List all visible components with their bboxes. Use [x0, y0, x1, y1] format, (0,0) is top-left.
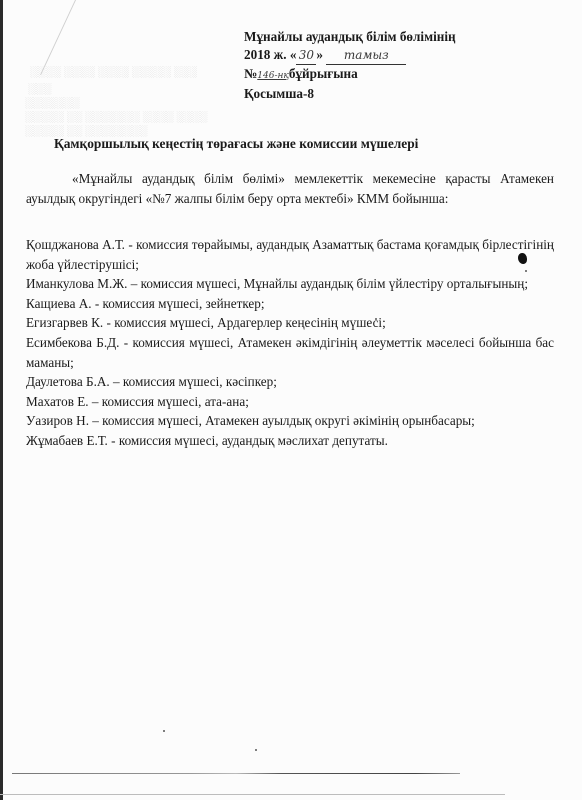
scan-speck — [375, 318, 377, 320]
member-entry: Егизгарвев К. - комиссия мүшесі, Ардагер… — [26, 313, 554, 333]
bleed-through-text: ░░░░ ░░░░ ░░░░ ░░░░░ ░░░ — [30, 66, 197, 78]
bleed-through-text: ░░░░░░░ — [25, 97, 80, 109]
scan-speck — [255, 749, 257, 751]
member-entry: Кащиева А. - комиссия мүшесі, зейнеткер; — [26, 294, 554, 314]
members-list: Қошджанова А.Т. - комиссия төрайымы, ауд… — [26, 235, 554, 451]
handwritten-order-number: 146-нқ — [257, 71, 289, 81]
date-prefix: 2018 ж. « — [244, 47, 296, 62]
member-entry: Есимбекова Б.Д. - комиссия мүшесі, Атаме… — [26, 333, 554, 372]
member-entry: Жұмабаев Е.Т. - комиссия мүшесі, ауданды… — [26, 431, 554, 451]
scan-bottom-line — [0, 794, 505, 795]
scan-speck — [163, 730, 165, 732]
order-reference-header: Мұнайлы аудандық білім бөлімінің 2018 ж.… — [244, 28, 456, 103]
number-sign: № — [244, 66, 257, 81]
bleed-through-text: ░░░░░ ░░ ░░░░░░░ ░░░░ ░░░░ — [25, 111, 207, 123]
scanned-page: ░░░░ ░░░░ ░░░░ ░░░░░ ░░░ ░░░ ░░░░░░░ ░░░… — [0, 0, 582, 800]
intro-paragraph: «Мұнайлы аудандық білім бөлімі» мемлекет… — [26, 169, 554, 208]
scan-artifact-line — [40, 0, 76, 75]
handwritten-month: тамыз — [326, 46, 406, 65]
order-label: бұйрығына — [289, 66, 358, 81]
member-entry: Махатов Е. – комиссия мүшесі, ата-ана; — [26, 392, 554, 412]
ink-blot — [518, 253, 527, 264]
bleed-through-text: ░░░ — [28, 83, 51, 95]
scan-speck — [525, 270, 527, 272]
header-date: 2018 ж. «30» тамыз — [244, 46, 456, 65]
header-appendix: Қосымша-8 — [244, 85, 456, 103]
scan-edge — [0, 0, 3, 800]
member-entry: Уазиров Н. – комиссия мүшесі, Атамекен а… — [26, 411, 554, 431]
scan-bottom-line — [12, 773, 460, 774]
header-order-number: №146-нқбұйрығына — [244, 65, 456, 85]
member-entry: Даулетова Б.А. – комиссия мүшесі, кәсіпк… — [26, 372, 554, 392]
document-title: Қамқоршылық кеңестің төрағасы және комис… — [54, 136, 534, 152]
member-entry: Қошджанова А.Т. - комиссия төрайымы, ауд… — [26, 235, 554, 274]
date-close-quote: » — [316, 47, 323, 62]
header-department: Мұнайлы аудандық білім бөлімінің — [244, 28, 456, 46]
handwritten-day: 30 — [296, 46, 316, 65]
member-entry: Иманкулова М.Ж. – комиссия мүшесі, Мұнай… — [26, 274, 554, 294]
